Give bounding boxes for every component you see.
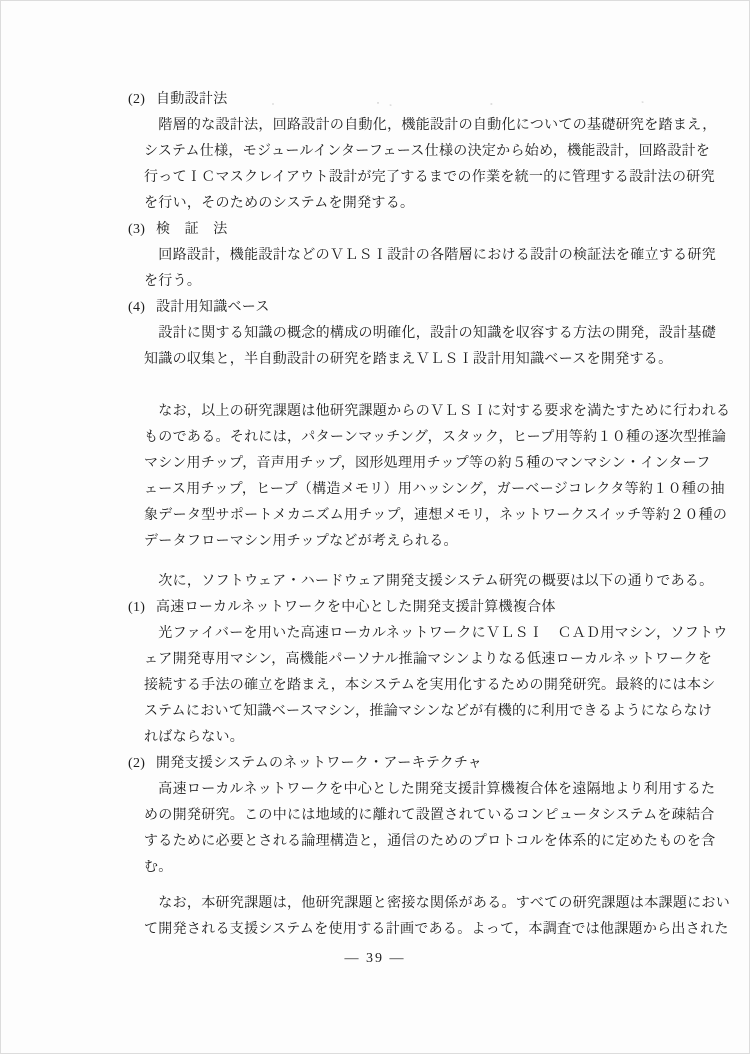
section-title: 検 証 法 — [156, 222, 228, 237]
section-verification-method: (3)検 証 法 回路設計，機能設計などのＶＬＳＩ設計の各階層における設計の検証… — [128, 217, 708, 295]
text-line: データフローマシン用チップなどが考えられる。 — [144, 529, 708, 555]
text-line: 次に，ソフトウェア・ハードウェア開発支援システム研究の概要は以下の通りである。 — [144, 569, 708, 595]
text-line: 回路設計，機能設計などのＶＬＳＩ設計の各階層における設計の検証法を確立する研究 — [144, 243, 708, 269]
section-title: 自動設計法 — [156, 92, 228, 107]
text-line: するために必要とされる論理構造と，通信のためのプロトコルを体系的に定めたものを含 — [144, 829, 708, 855]
text-line: ればならない。 — [144, 725, 708, 751]
text-line: ェア開発専用マシン，高機能パーソナル推論マシンよりなる低速ローカルネットワークを — [144, 647, 708, 673]
text-line: ものである。それには，パターンマッチング，スタック，ヒープ用等約１０種の逐次型推… — [144, 425, 708, 451]
paragraph-relation-to-other-topics: なお，本研究課題は，他研究課題と密接な関係がある。すべての研究課題は本課題におい… — [128, 891, 708, 943]
text-line: めの開発研究。この中には地域的に離れて設置されているコンピュータシステムを疎結合 — [144, 803, 708, 829]
text-line: システム仕様，モジュールインターフェース仕様の決定から始め，機能設計，回路設計を — [144, 139, 708, 165]
section-heading: (1)高速ローカルネットワークを中心とした開発支援計算機複合体 — [128, 595, 708, 621]
text-line: 知識の収集と，半自動設計の研究を踏まえＶＬＳＩ設計用知識ベースを開発する。 — [144, 347, 708, 373]
section-heading: (3)検 証 法 — [128, 217, 708, 243]
paragraph-chip-requirements: なお，以上の研究課題は他研究課題からのＶＬＳＩに対する要求を満たすために行われる… — [128, 399, 708, 555]
text-line: 行ってＩＣマスクレイアウト設計が完了するまでの作業を統一的に管理する設計法の研究 — [144, 165, 708, 191]
section-number: (4) — [128, 295, 156, 321]
text-line: ステムにおいて知識ベースマシン，推論マシンなどが有機的に利用できるようにならなけ — [144, 699, 708, 725]
text-line: 階層的な設計法，回路設計の自動化，機能設計の自動化についての基礎研究を踏まえ， — [144, 113, 708, 139]
section-title: 高速ローカルネットワークを中心とした開発支援計算機複合体 — [156, 600, 556, 615]
text-line: なお，以上の研究課題は他研究課題からのＶＬＳＩに対する要求を満たすために行われる — [144, 399, 708, 425]
section-number: (2) — [128, 751, 156, 777]
section-auto-design-method: (2)自動設計法 階層的な設計法，回路設計の自動化，機能設計の自動化についての基… — [128, 87, 708, 217]
section-high-speed-local-network: (1)高速ローカルネットワークを中心とした開発支援計算機複合体 光ファイバーを用… — [128, 595, 708, 751]
section-heading: (2)開発支援システムのネットワーク・アーキテクチャ — [128, 751, 708, 777]
page-number: — 39 — — [1, 951, 749, 967]
text-line: む。 — [144, 855, 708, 881]
section-number: (1) — [128, 595, 156, 621]
text-line: を行う。 — [144, 269, 708, 295]
document-page: (2)自動設計法 階層的な設計法，回路設計の自動化，機能設計の自動化についての基… — [0, 0, 750, 1054]
section-number: (3) — [128, 217, 156, 243]
text-line: て開発される支援システムを使用する計画である。よって，本調査では他課題から出され… — [144, 917, 708, 943]
section-title: 開発支援システムのネットワーク・アーキテクチャ — [156, 756, 482, 771]
section-design-knowledge-base: (4)設計用知識ベース 設計に関する知識の概念的構成の明確化，設計の知識を収容す… — [128, 295, 708, 373]
section-heading: (2)自動設計法 — [128, 87, 708, 113]
paragraph-support-system-intro: 次に，ソフトウェア・ハードウェア開発支援システム研究の概要は以下の通りである。 — [128, 569, 708, 595]
text-line: を行い，そのためのシステムを開発する。 — [144, 191, 708, 217]
document-body: (2)自動設計法 階層的な設計法，回路設計の自動化，機能設計の自動化についての基… — [128, 87, 708, 943]
text-line: ェース用チップ，ヒープ（構造メモリ）用ハッシング，ガーベージコレクタ等約１０種の… — [144, 477, 708, 503]
text-line: なお，本研究課題は，他研究課題と密接な関係がある。すべての研究課題は本課題におい — [144, 891, 708, 917]
section-title: 設計用知識ベース — [156, 300, 270, 315]
section-number: (2) — [128, 87, 156, 113]
text-line: マシン用チップ，音声用チップ，図形処理用チップ等の約５種のマンマシン・インターフ — [144, 451, 708, 477]
text-line: 設計に関する知識の概念的構成の明確化，設計の知識を収容する方法の開発，設計基礎 — [144, 321, 708, 347]
section-heading: (4)設計用知識ベース — [128, 295, 708, 321]
section-network-architecture: (2)開発支援システムのネットワーク・アーキテクチャ 高速ローカルネットワークを… — [128, 751, 708, 881]
text-line: 高速ローカルネットワークを中心とした開発支援計算機複合体を遠隔地より利用するた — [144, 777, 708, 803]
text-line: 接続する手法の確立を踏まえ，本システムを実用化するための開発研究。最終的には本シ — [144, 673, 708, 699]
text-line: 光ファイバーを用いた高速ローカルネットワークにＶＬＳＩ ＣＡＤ用マシン，ソフトウ — [144, 621, 708, 647]
text-line: 象データ型サポートメカニズム用チップ，連想メモリ，ネットワークスイッチ等約２０種… — [144, 503, 708, 529]
